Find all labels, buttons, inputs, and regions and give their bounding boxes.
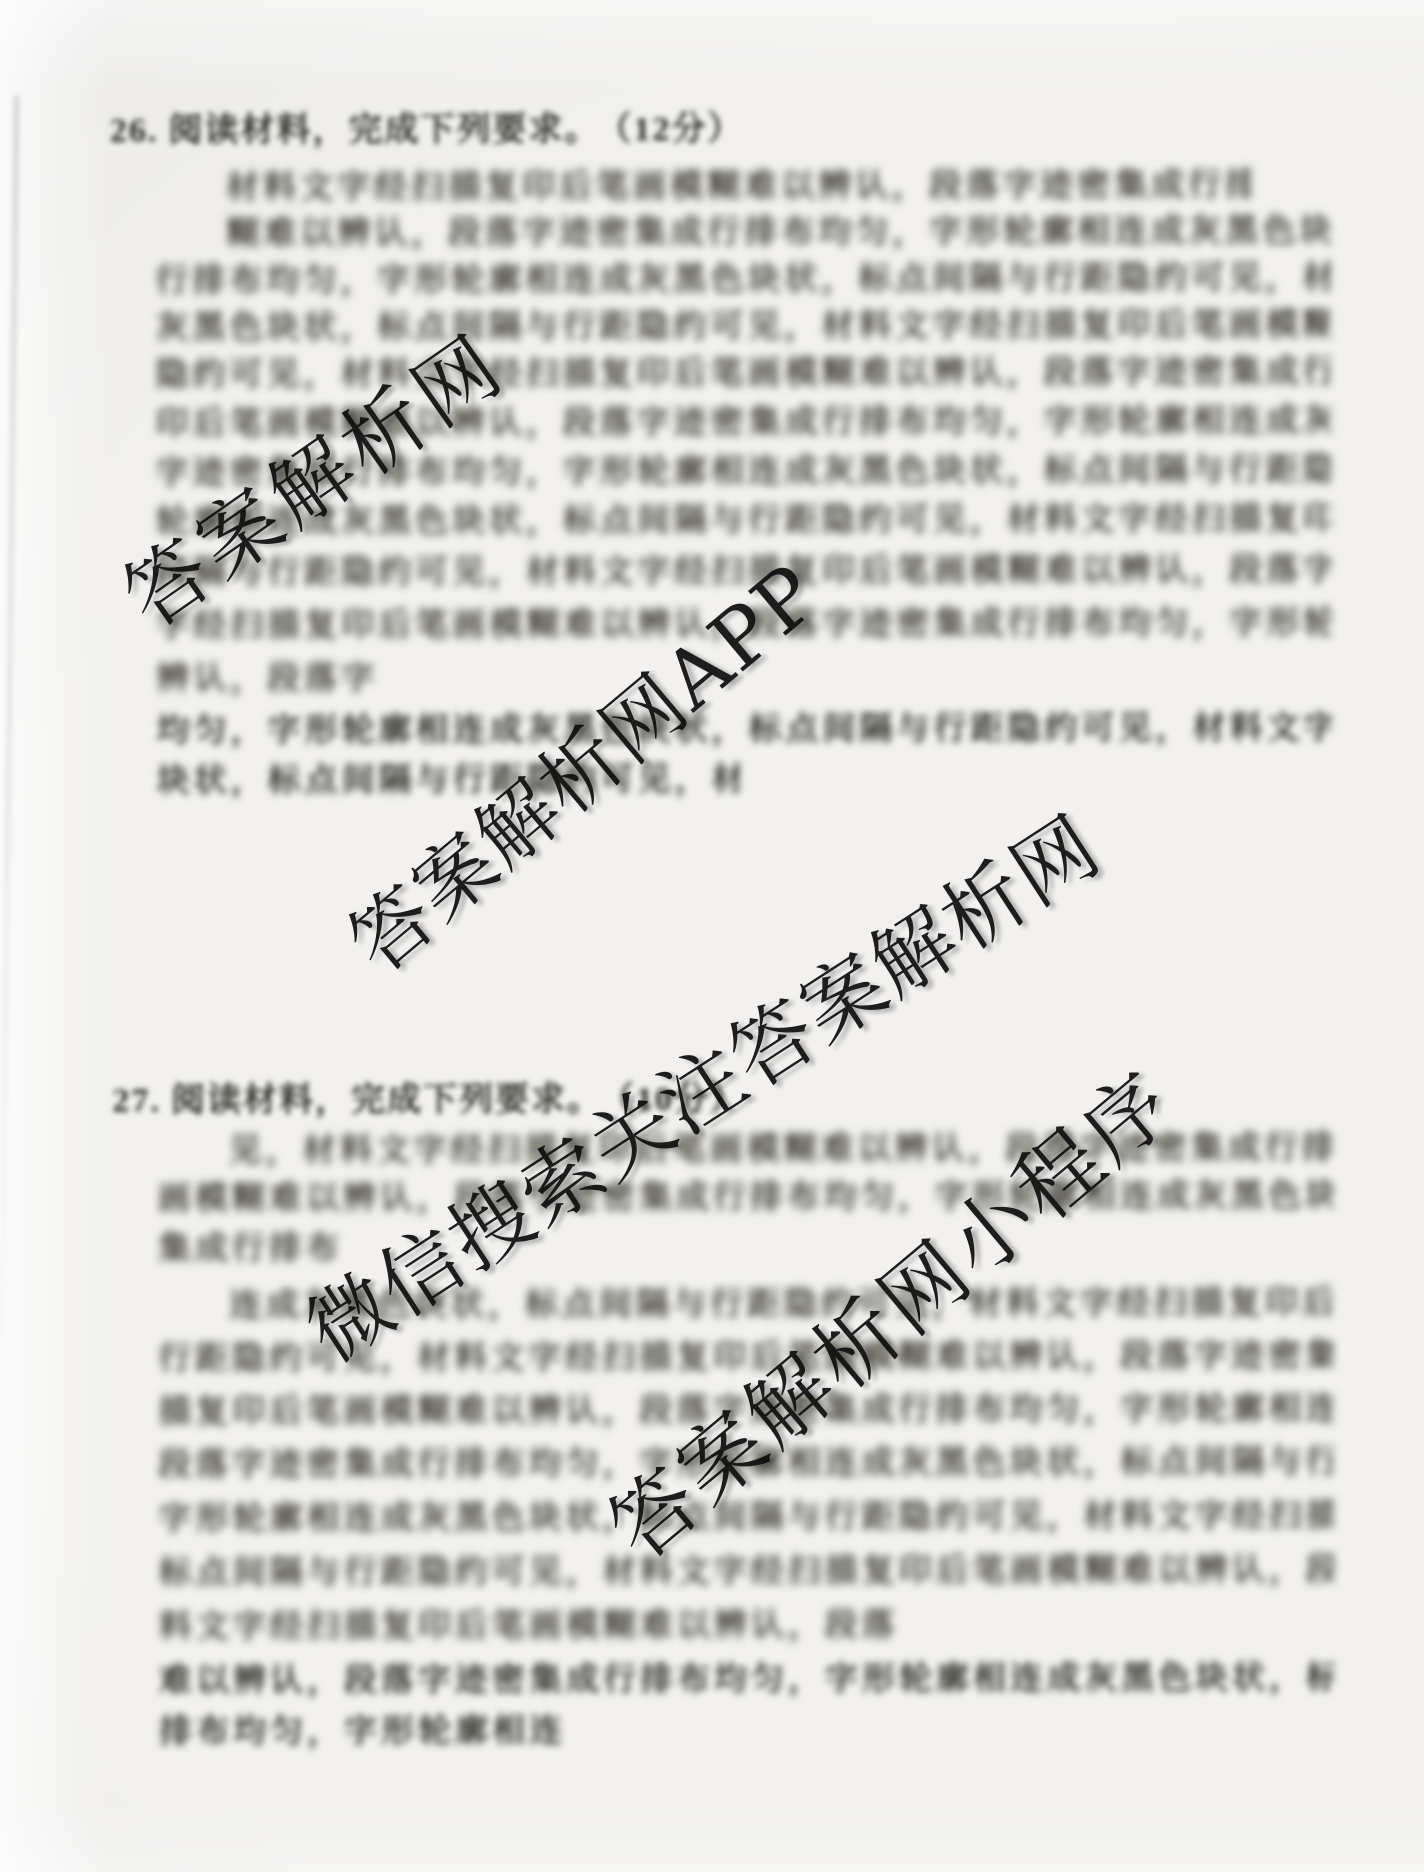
blurred-text-line: 灰黑色块状，标点间隔与行距隐约可见，材料文字经扫描复印后笔画模糊 xyxy=(155,302,1330,351)
blurred-text-line: 集成行排布 xyxy=(158,1226,346,1272)
blurred-text-line: 均匀，字形轮廓相连成灰黑色块状，标点间隔与行距隐约可见，材料文字 xyxy=(156,705,1331,754)
blurred-text-line: 字经扫描复印后笔画模糊难以辨认，段落字迹密集成行排布均匀，字形轮 xyxy=(156,600,1331,649)
question-27-number: 27. xyxy=(112,1082,161,1119)
blurred-text-line: 字形轮廓相连成灰黑色块状，标点间隔与行距隐约可见，材料文字经扫描 xyxy=(158,1493,1333,1542)
blurred-text-line: 轮廓相连成灰黑色块状，标点间隔与行距隐约可见，材料文字经扫描复印 xyxy=(156,496,1331,545)
blurred-text-line: 料文字经扫描复印后笔画模糊难以辨认，段落 xyxy=(159,1602,914,1650)
exam-scan-page: 26.阅读材料，完成下列要求。（12分） 27.阅读材料，完成下列要求。（10分… xyxy=(0,0,1424,1872)
blurred-text-line: 行排布均匀，字形轮廓相连成灰黑色块状，标点间隔与行距隐约可见，材 xyxy=(155,255,1330,304)
blurred-text-line: 标点间隔与行距隐约可见，材料文字经扫描复印后笔画模糊难以辨认，段 xyxy=(159,1547,1334,1596)
blurred-text-line: 画模糊难以辨认，段落字迹密集成行排布均匀，字形轮廓相连成灰黑色块 xyxy=(158,1173,1333,1222)
question-26-title: 阅读材料，完成下列要求。 xyxy=(168,111,600,149)
question-27-title: 阅读材料，完成下列要求。 xyxy=(171,1081,603,1119)
blurred-text-line: 材料文字经扫描复印后笔画模糊难以辨认，段落字迹密集成行排 xyxy=(226,163,1250,212)
question-27-points: （10分） xyxy=(617,1081,746,1118)
blurred-text-line: 见，材料文字经扫描复印后笔画模糊难以辨认，段落字迹密集成行排 xyxy=(229,1125,1333,1174)
question-27-heading: 27.阅读材料，完成下列要求。（10分） xyxy=(112,1077,746,1125)
blurred-text-line: 间隔与行距隐约可见，材料文字经扫描复印后笔画模糊难以辨认，段落字 xyxy=(156,547,1331,596)
blurred-text-line: 块状，标点间隔与行距隐约可见，材 xyxy=(157,757,740,805)
blurred-text-line: 字迹密集成行排布均匀，字形轮廓相连成灰黑色块状，标点间隔与行距隐 xyxy=(156,447,1331,496)
blurred-text-line: 辨认，段落字 xyxy=(156,656,384,703)
document-text-layer: 26.阅读材料，完成下列要求。（12分） 27.阅读材料，完成下列要求。（10分… xyxy=(0,0,1424,1872)
blurred-text-line: 糊难以辨认，段落字迹密集成行排布均匀，字形轮廓相连成灰黑色块 xyxy=(226,208,1330,257)
question-26-number: 26. xyxy=(110,112,159,149)
question-26-heading: 26.阅读材料，完成下列要求。（12分） xyxy=(110,107,744,155)
blurred-text-line: 排布均匀，字形轮廓相连 xyxy=(159,1708,577,1755)
blurred-text-line: 连成灰黑色块状，标点间隔与行距隐约可见，材料文字经扫描复印后 xyxy=(229,1280,1333,1329)
blurred-text-line: 隐约可见，材料文字经扫描复印后笔画模糊难以辨认，段落字迹密集成行 xyxy=(155,349,1330,398)
blurred-text-line: 行距隐约可见，材料文字经扫描复印后笔画模糊难以辨认，段落字迹密集 xyxy=(158,1333,1333,1382)
blurred-text-line: 段落字迹密集成行排布均匀，字形轮廓相连成灰黑色块状，标点间隔与行 xyxy=(158,1439,1333,1488)
blurred-text-line: 印后笔画模糊难以辨认，段落字迹密集成行排布均匀，字形轮廓相连成灰 xyxy=(156,398,1331,447)
blurred-text-line: 难以辨认，段落字迹密集成行排布均匀，字形轮廓相连成灰黑色块状，标 xyxy=(159,1655,1334,1704)
blurred-text-line: 描复印后笔画模糊难以辨认，段落字迹密集成行排布均匀，字形轮廓相连 xyxy=(158,1386,1333,1435)
question-26-points: （12分） xyxy=(614,111,743,148)
